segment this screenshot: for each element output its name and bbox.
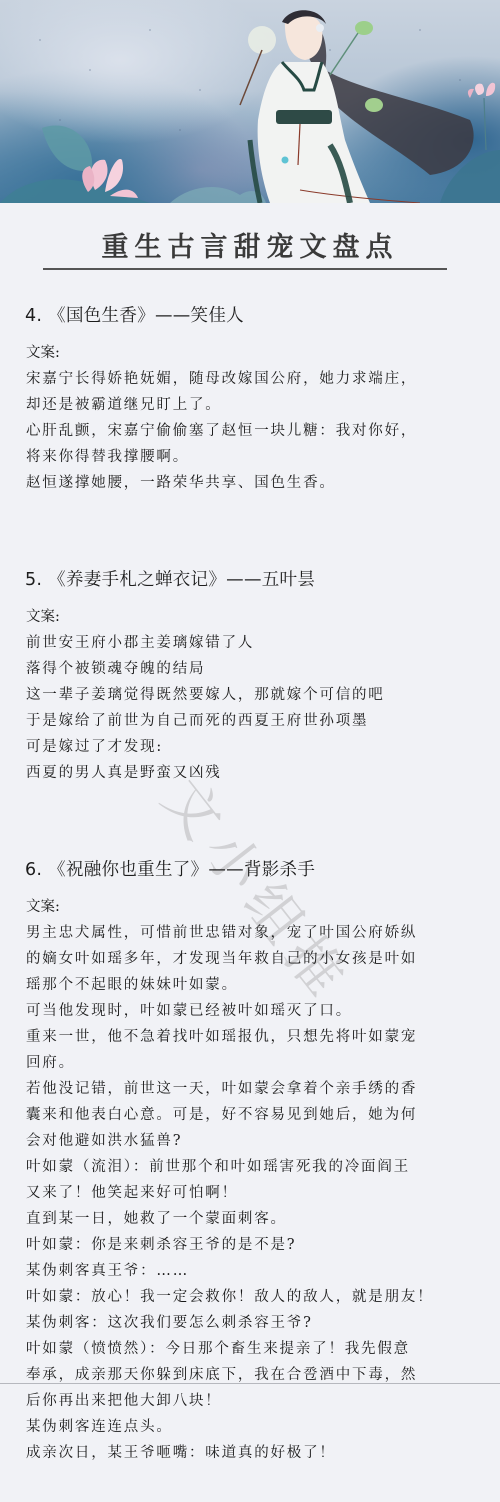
synopsis-line: 叶如蒙（流泪）：前世那个和叶如瑶害死我的冷面阎王	[25, 1154, 485, 1180]
synopsis-label: 文案:	[25, 894, 485, 920]
synopsis-line: 叶如蒙：放心！我一定会救你！敌人的敌人，就是朋友！	[25, 1284, 485, 1310]
synopsis-line: 的嫡女叶如瑶多年，才发现当年救自己的小女孩是叶如	[25, 946, 485, 972]
synopsis-line: 会对他避如洪水猛兽?	[25, 1128, 485, 1154]
synopsis-line: 若他没记错，前世这一天，叶如蒙会拿着个亲手绣的香	[25, 1076, 485, 1102]
synopsis-line: 重来一世，他不急着找叶如瑶报仇，只想先将叶如蒙宠	[25, 1024, 485, 1050]
lotus-pod-icon	[355, 21, 373, 35]
synopsis-line: 落得个被锁魂夺魄的结局	[25, 656, 485, 682]
synopsis-line: 成亲次日，某王爷咂嘴：味道真的好极了！	[25, 1440, 485, 1466]
synopsis-label: 文案:	[25, 604, 485, 630]
synopsis-line: 囊来和他表白心意。可是，好不容易见到她后，她为何	[25, 1102, 485, 1128]
synopsis-line: 后你再出来把他大卸八块！	[25, 1388, 485, 1414]
synopsis-line: 叶如蒙：你是来刺杀容王爷的是不是?	[25, 1232, 485, 1258]
synopsis-line: 又来了！他笑起来好可怕啊！	[25, 1180, 485, 1206]
synopsis-line: 叶如蒙（愤愤然）：今日那个畜生来提亲了！我先假意	[25, 1336, 485, 1362]
book-title: 5. 《养妻手札之蝉衣记》——五叶昙	[25, 566, 485, 594]
synopsis-line: 某伪刺客真王爷：……	[25, 1258, 485, 1284]
synopsis-line: 赵恒遂撑她腰，一路荣华共享、国色生香。	[25, 470, 485, 496]
synopsis-line: 奉承，成亲那天你躲到床底下，我在合卺酒中下毒，然	[25, 1362, 485, 1388]
header-illustration	[0, 0, 500, 203]
synopsis-line: 某伪刺客连连点头。	[25, 1414, 485, 1440]
synopsis-line: 瑶那个不起眼的妹妹叶如蒙。	[25, 972, 485, 998]
synopsis-line: 可当他发现时，叶如蒙已经被叶如瑶灭了口。	[25, 998, 485, 1024]
title-block: 重生古言甜宠文盘点	[0, 203, 500, 273]
synopsis-line: 将来你得替我撑腰啊。	[25, 444, 485, 470]
synopsis-line: 可是嫁过了才发现:	[25, 734, 485, 760]
sash	[276, 110, 332, 124]
image-seam-divider	[0, 1383, 500, 1384]
synopsis-line: 宋嘉宁长得娇艳妩媚，随母改嫁国公府，她力求端庄，	[25, 366, 485, 392]
synopsis-line: 心肝乱颤，宋嘉宁偷偷塞了赵恒一块儿糖：我对你好，	[25, 418, 485, 444]
title-divider	[43, 268, 447, 270]
synopsis-line: 直到某一日，她救了一个蒙面刺客。	[25, 1206, 485, 1232]
book-title: 4. 《国色生香》——笑佳人	[25, 302, 485, 330]
jade-pendant-icon	[282, 157, 289, 164]
illustration-art	[0, 0, 500, 203]
synopsis-line: 男主忠犬属性，可惜前世忠错对象，宠了叶国公府娇纵	[25, 920, 485, 946]
synopsis-line: 却还是被霸道继兄盯上了。	[25, 392, 485, 418]
lotus-leaf-icon	[42, 126, 92, 171]
synopsis-label: 文案:	[25, 340, 485, 366]
book-title: 6. 《祝融你也重生了》——背影杀手	[25, 856, 485, 884]
book-entry-6: 6. 《祝融你也重生了》——背影杀手 文案: 男主忠犬属性，可惜前世忠错对象，宠…	[25, 856, 485, 1466]
book-entry-5: 5. 《养妻手札之蝉衣记》——五叶昙 文案: 前世安王府小郡主姜璃嫁错了人 落得…	[25, 566, 485, 786]
page-title: 重生古言甜宠文盘点	[0, 225, 500, 264]
synopsis-line: 西夏的男人真是野蛮又凶残	[25, 760, 485, 786]
synopsis-line: 某伪刺客：这次我们要怎么刺杀容王爷?	[25, 1310, 485, 1336]
round-fan-icon	[248, 26, 276, 54]
book-entry-4: 4. 《国色生香》——笑佳人 文案: 宋嘉宁长得娇艳妩媚，随母改嫁国公府，她力求…	[25, 302, 485, 496]
synopsis-line: 这一辈子姜璃觉得既然要嫁人，那就嫁个可信的吧	[25, 682, 485, 708]
synopsis-line: 回府。	[25, 1050, 485, 1076]
synopsis-line: 于是嫁给了前世为自己而死的西夏王府世孙项墨	[25, 708, 485, 734]
synopsis-line: 前世安王府小郡主姜璃嫁错了人	[25, 630, 485, 656]
